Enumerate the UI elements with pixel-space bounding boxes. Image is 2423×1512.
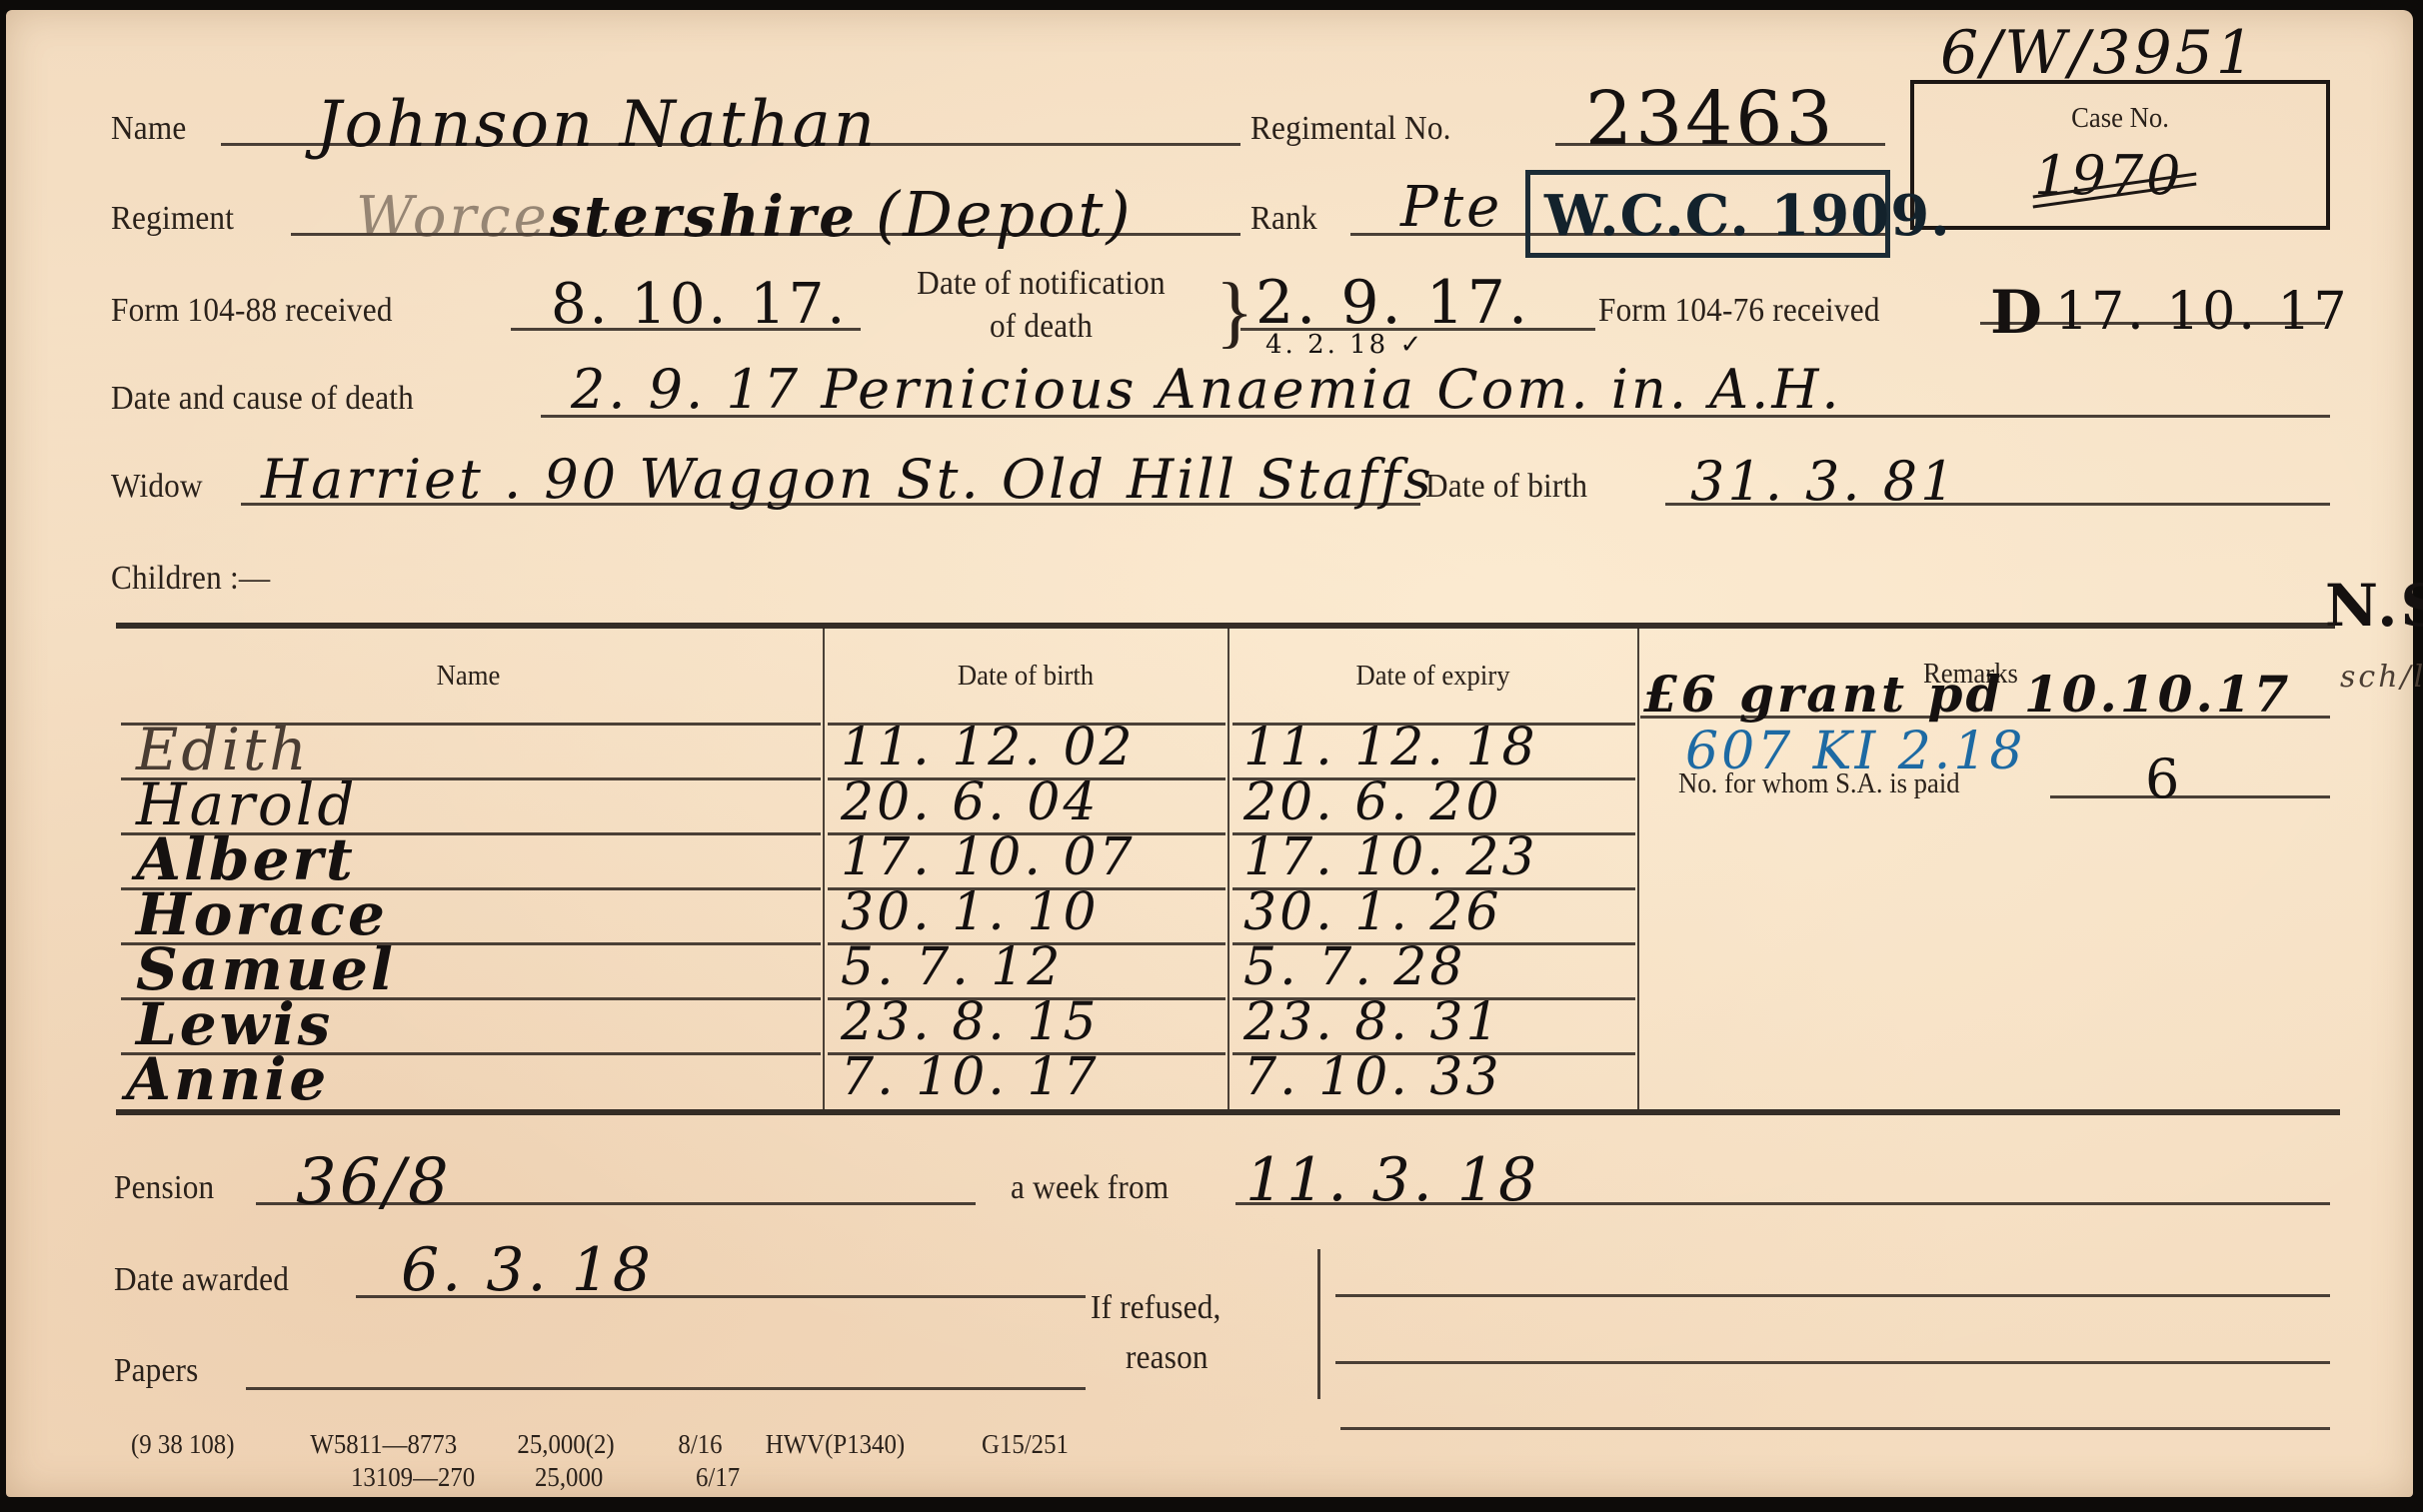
imprint-code: 6/17: [696, 1462, 740, 1493]
imprint-code: (9 38 108): [131, 1429, 234, 1460]
imprint-code: G15/251: [982, 1429, 1069, 1460]
notification-brace: }: [1215, 272, 1253, 352]
regiment-value-faint: Worce: [356, 185, 550, 250]
child-date-of-expiry: 23. 8. 31: [1243, 992, 1502, 1052]
pension-value: 36/8: [296, 1145, 452, 1219]
imprint-code: 8/16: [678, 1429, 722, 1460]
papers-rule: [246, 1387, 1086, 1390]
refused-reason-rule-3: [1340, 1427, 2330, 1430]
imprint-code: W5811—8773: [310, 1429, 457, 1460]
name-label: Name: [111, 110, 186, 148]
children-header-expiry: Date of expiry: [1246, 660, 1619, 693]
table-divider: [1227, 628, 1229, 1109]
name-value: Johnson Nathan: [316, 88, 878, 162]
refused-label-line2: reason: [1126, 1339, 1209, 1377]
child-date-of-birth: 5. 7. 12: [841, 937, 1063, 997]
child-name: Annie: [126, 1045, 329, 1113]
sa-paid-label: No. for whom S.A. is paid: [1678, 767, 1960, 800]
widow-value: Harriet . 90 Waggon St. Old Hill Staffs: [261, 448, 1434, 511]
pension-label: Pension: [114, 1169, 214, 1207]
children-table-bottom-border: [116, 1109, 2340, 1115]
regiment-label: Regiment: [111, 200, 234, 238]
top-reference-number: 6/W/3951: [1940, 18, 2257, 88]
child-date-of-birth: 11. 12. 02: [841, 718, 1136, 777]
notification-value: 2. 9. 17.: [1255, 268, 1530, 338]
imprint-code: 25,000(2): [517, 1429, 614, 1460]
child-date-of-expiry: 7. 10. 33: [1243, 1047, 1502, 1107]
widow-dob-label: Date of birth: [1425, 468, 1587, 506]
widow-dob-value: 31. 3. 81: [1690, 450, 1957, 513]
children-label: Children :—: [111, 560, 270, 598]
children-header-dob: Date of birth: [842, 660, 1210, 693]
case-number-box: Case No. 1970: [1910, 80, 2330, 230]
death-label: Date and cause of death: [111, 380, 414, 418]
rank-value: Pte: [1400, 175, 1502, 240]
date-awarded-label: Date awarded: [114, 1261, 289, 1299]
remarks-grant-note: £6 grant pd 10.10.17: [1643, 665, 2291, 724]
regimental-no-label: Regimental No.: [1250, 110, 1451, 148]
form-104-76-label: Form 104-76 received: [1598, 292, 1880, 330]
wcc-stamp-box: W.C.C. 1909.: [1525, 170, 1890, 258]
form-104-88-label: Form 104-88 received: [111, 292, 393, 330]
regiment-depot: (Depot): [876, 178, 1134, 251]
child-date-of-birth: 7. 10. 17: [841, 1047, 1100, 1107]
wcc-stamp-text: W.C.C. 1909.: [1544, 183, 1951, 249]
child-date-of-expiry: 11. 12. 18: [1243, 718, 1538, 777]
pension-week-value: 11. 3. 18: [1245, 1145, 1539, 1215]
case-number-label: Case No.: [1930, 102, 2309, 135]
child-date-of-expiry: 30. 1. 26: [1243, 882, 1502, 942]
margin-note-ns: N.S.: [2325, 572, 2423, 640]
regiment-value: Worcestershire (Depot): [356, 178, 1134, 251]
form-104-88-value: 8. 10. 17.: [551, 272, 848, 337]
children-table-top-border: [116, 623, 2335, 629]
remarks-small-note: sch/l: [2340, 660, 2423, 695]
child-date-of-birth: 17. 10. 07: [841, 827, 1136, 887]
notification-label-line1: Date of notification: [878, 265, 1205, 303]
sa-paid-rule: [2050, 795, 2330, 798]
notification-sub-value: 4. 2. 18 ✓: [1265, 330, 1424, 360]
rank-label: Rank: [1250, 200, 1317, 238]
form-104-76-value: 17. 10. 17: [2055, 282, 2350, 342]
death-value: 2. 9. 17 Pernicious Anaemia Com. in. A.H…: [571, 358, 1842, 421]
widow-label: Widow: [111, 468, 203, 506]
regimental-no-value: 23463: [1585, 76, 1835, 162]
children-header-name: Name: [144, 660, 793, 693]
notification-label-line2: of death: [878, 308, 1205, 346]
refused-reason-rule-1: [1335, 1294, 2330, 1297]
imprint-code: 13109—270: [351, 1462, 475, 1493]
refused-brace: [1317, 1249, 1320, 1399]
child-date-of-expiry: 20. 6. 20: [1243, 772, 1502, 832]
pension-week-label: a week from: [1011, 1169, 1169, 1207]
child-date-of-expiry: 17. 10. 23: [1243, 827, 1538, 887]
table-divider: [1637, 628, 1639, 1109]
regiment-value-bold: stershire: [550, 184, 858, 250]
sa-paid-value: 6: [2145, 748, 2182, 810]
imprint-code: HWV(P1340): [766, 1429, 905, 1460]
pension-record-card: 6/W/3951 Case No. 1970 Name Johnson Nath…: [6, 10, 2413, 1497]
table-divider: [823, 628, 825, 1109]
refused-reason-rule-2: [1335, 1361, 2330, 1364]
child-date-of-expiry: 5. 7. 28: [1243, 937, 1465, 997]
refused-label-line1: If refused,: [1091, 1289, 1221, 1327]
imprint-code: 25,000: [535, 1462, 603, 1493]
child-date-of-birth: 20. 6. 04: [841, 772, 1100, 832]
date-awarded-value: 6. 3. 18: [401, 1235, 654, 1305]
papers-label: Papers: [114, 1352, 199, 1390]
form-104-76-prefix: D: [1990, 278, 2045, 348]
child-date-of-birth: 23. 8. 15: [841, 992, 1100, 1052]
child-date-of-birth: 30. 1. 10: [841, 882, 1100, 942]
